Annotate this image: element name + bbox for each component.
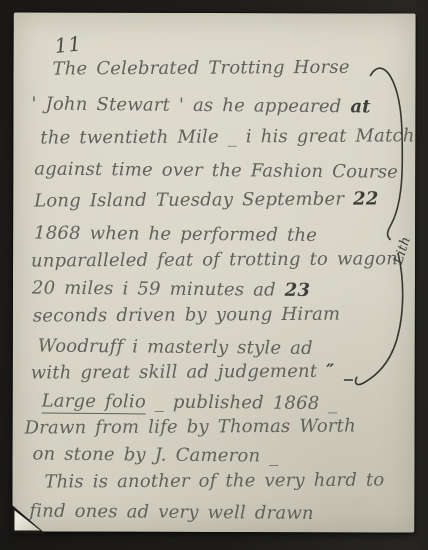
- handwriting-line: on stone by J. Cameron _: [32, 443, 278, 469]
- handwriting-segment: Long Island Tuesday September: [34, 189, 353, 212]
- handwriting-segment: Woodruff i masterly style ad: [38, 336, 313, 359]
- handwriting-segment: ' John Stewart ' as he appeared: [31, 94, 350, 118]
- handwriting-segment: against time over the Fashion Course: [34, 159, 398, 183]
- handwriting-line: 20 miles i 59 minutes ad 23: [32, 277, 310, 303]
- manuscript-paper: 11 The Celebrated Trotting Horse' John S…: [12, 12, 415, 532]
- handwriting-segment: 23: [285, 280, 311, 301]
- handwriting-line: This is another of the very hard to: [44, 468, 384, 494]
- handwriting-segment: unparalleled feat of trotting to wagon: [31, 248, 398, 271]
- handwriting-segment: Large folio: [42, 391, 146, 415]
- handwriting-segment: the twentieth Mile _ i his great Match: [40, 125, 414, 148]
- handwriting-segment: at: [350, 96, 371, 117]
- handwriting-line: the twentieth Mile _ i his great Match: [40, 124, 414, 150]
- handwriting-segment: 20 miles i 59 minutes ad: [32, 278, 285, 301]
- handwriting-lines: The Celebrated Trotting Horse' John Stew…: [12, 12, 415, 532]
- handwriting-line: Woodruff i masterly style ad: [38, 335, 313, 361]
- handwriting-segment: This is another of the very hard to: [44, 469, 384, 492]
- handwriting-segment: ″ _: [326, 361, 353, 382]
- handwriting-segment: _ published 1868 _: [146, 391, 338, 414]
- handwriting-line: Drawn from life by Thomas Worth: [25, 414, 356, 440]
- handwriting-line: unparalleled feat of trotting to wagon: [31, 247, 398, 273]
- handwriting-line: Large folio _ published 1868 _: [42, 390, 338, 417]
- handwriting-segment: Drawn from life by Thomas Worth: [25, 415, 356, 438]
- handwriting-line: seconds driven by young Hiram: [33, 303, 341, 329]
- handwriting-line: with great skill ad judgement ″ _: [31, 360, 353, 386]
- handwriting-line: 1868 when he performed the: [34, 222, 317, 248]
- handwriting-line: ' John Stewart ' as he appeared at: [31, 93, 371, 120]
- photo-background: 11 The Celebrated Trotting Horse' John S…: [0, 0, 428, 550]
- handwriting-segment: 1868 when he performed the: [34, 223, 317, 246]
- handwriting-line: find ones ad very well drawn: [29, 500, 314, 526]
- handwriting-line: Long Island Tuesday September 22: [34, 187, 378, 213]
- handwriting-line: against time over the Fashion Course: [34, 158, 398, 185]
- handwriting-segment: find ones ad very well drawn: [29, 501, 314, 524]
- handwriting-segment: seconds driven by young Hiram: [33, 304, 341, 327]
- handwriting-line: The Celebrated Trotting Horse: [52, 56, 349, 82]
- handwriting-segment: The Celebrated Trotting Horse: [52, 57, 349, 80]
- handwriting-segment: with great skill ad judgement: [31, 361, 327, 384]
- handwriting-segment: on stone by J. Cameron _: [32, 444, 278, 467]
- handwriting-segment: 22: [353, 188, 379, 209]
